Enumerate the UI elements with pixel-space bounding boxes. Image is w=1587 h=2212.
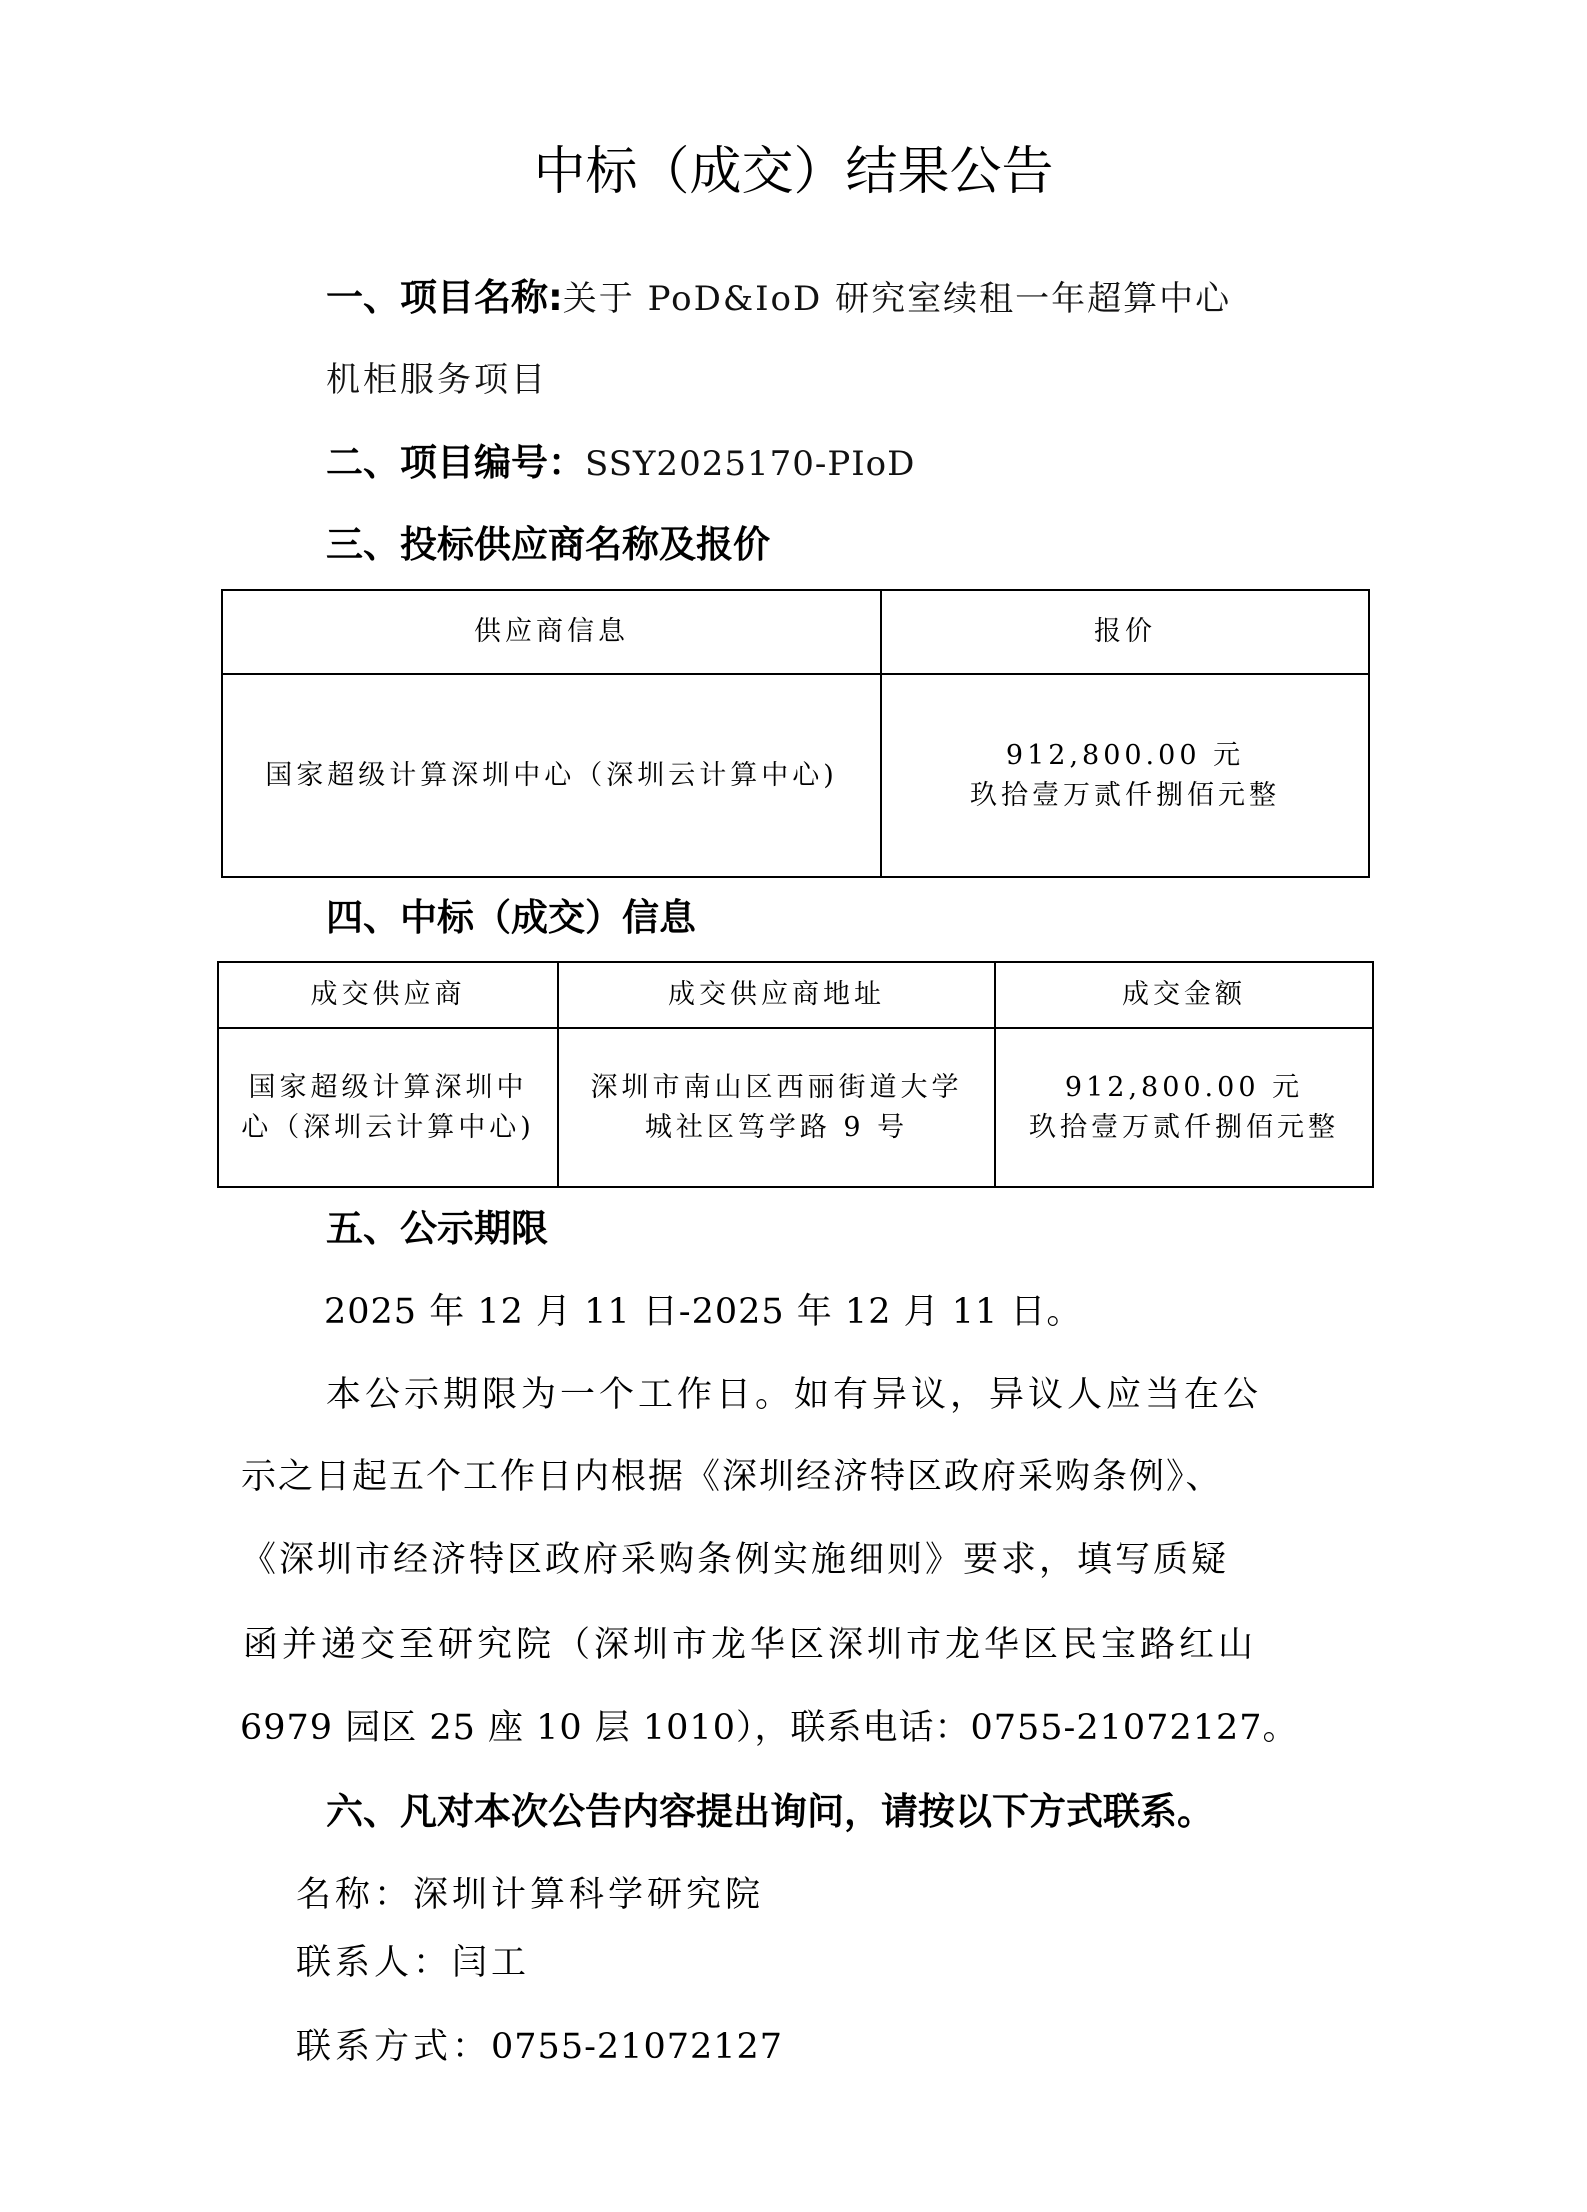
award-address-cell: 深圳市南山区西丽街道大学 城社区笃学路 9 号 [558,1028,995,1187]
page-title: 中标（成交）结果公告 [0,138,1587,206]
contact-phone-value: 0755-21072127 [491,2027,783,2067]
award-address-line2: 城社区笃学路 9 号 [559,1108,994,1148]
section-1-heading: 一、项目名称: [326,276,563,319]
section-4-heading: 四、中标（成交）信息 [326,893,696,943]
bid-table-header-price: 报价 [881,590,1369,674]
bid-table: 供应商信息 报价 国家超级计算深圳中心（深圳云计算中心) 912,800.00 … [221,589,1370,878]
contact-person-value: 闫工 [452,1943,530,1983]
award-amount-words: 玖拾壹万贰仟捌佰元整 [996,1108,1372,1148]
award-table-header-supplier: 成交供应商 [218,962,558,1028]
objection-paragraph-line-3: 《深圳市经济特区政府采购条例实施细则》要求，填写质疑 [241,1535,1229,1585]
award-supplier-line2: 心（深圳云计算中心) [219,1108,557,1148]
contact-name-row: 名称：深圳计算科学研究院 [296,1870,764,1920]
contact-phone-row: 联系方式：0755-21072127 [296,2022,783,2072]
award-table: 成交供应商 成交供应商地址 成交金额 国家超级计算深圳中 心（深圳云计算中心) … [217,961,1374,1188]
award-amount-cell: 912,800.00 元 玖拾壹万贰仟捌佰元整 [995,1028,1373,1187]
section-3-heading: 三、投标供应商名称及报价 [326,520,770,570]
award-amount-numeric: 912,800.00 元 [996,1068,1372,1108]
bid-supplier-cell: 国家超级计算深圳中心（深圳云计算中心) [222,674,881,877]
award-supplier-line1: 国家超级计算深圳中 [219,1068,557,1108]
table-row: 国家超级计算深圳中 心（深圳云计算中心) 深圳市南山区西丽街道大学 城社区笃学路… [218,1028,1373,1187]
award-supplier-cell: 国家超级计算深圳中 心（深圳云计算中心) [218,1028,558,1187]
bid-price-words: 玖拾壹万贰仟捌佰元整 [882,776,1368,816]
award-table-header-amount: 成交金额 [995,962,1373,1028]
contact-name-label: 名称： [296,1875,413,1915]
contact-person-row: 联系人：闫工 [296,1938,530,1988]
award-table-header-address: 成交供应商地址 [558,962,995,1028]
section-2: 二、项目编号：SSY2025170-PIoD [326,438,915,489]
contact-name-value: 深圳计算科学研究院 [413,1875,764,1915]
section-6-heading: 六、凡对本次公告内容提出询问，请按以下方式联系。 [326,1787,1214,1837]
bid-price-numeric: 912,800.00 元 [882,736,1368,776]
bid-table-header-row: 供应商信息 报价 [222,590,1369,674]
bid-table-header-supplier: 供应商信息 [222,590,881,674]
bid-price-cell: 912,800.00 元 玖拾壹万贰仟捌佰元整 [881,674,1369,877]
objection-paragraph-line-4: 函并递交至研究院（深圳市龙华区深圳市龙华区民宝路红山 [243,1620,1257,1670]
award-address-line1: 深圳市南山区西丽街道大学 [559,1068,994,1108]
contact-person-label: 联系人： [296,1943,452,1983]
table-row: 国家超级计算深圳中心（深圳云计算中心) 912,800.00 元 玖拾壹万贰仟捌… [222,674,1369,877]
announcement-period: 2025 年 12 月 11 日-2025 年 12 月 11 日。 [324,1287,1082,1337]
project-name-continuation: 机柜服务项目 [326,355,548,405]
bid-supplier-name: 国家超级计算深圳中心（深圳云计算中心) [265,760,838,791]
contact-phone-label: 联系方式： [296,2027,491,2067]
objection-paragraph-line-2: 示之日起五个工作日内根据《深圳经济特区政府采购条例》、 [241,1452,1223,1502]
section-2-heading: 二、项目编号： [326,441,585,484]
objection-paragraph-line-5: 6979 园区 25 座 10 层 1010），联系电话：0755-210721… [240,1703,1299,1753]
section-1: 一、项目名称:关于 PoD&IoD 研究室续租一年超算中心 [326,273,1231,324]
award-table-header-row: 成交供应商 成交供应商地址 成交金额 [218,962,1373,1028]
section-5-heading: 五、公示期限 [326,1204,548,1254]
project-number-value: SSY2025170-PIoD [585,444,915,484]
objection-paragraph-line-1: 本公示期限为一个工作日。如有异议，异议人应当在公 [326,1370,1262,1420]
project-name-value: 关于 PoD&IoD 研究室续租一年超算中心 [563,279,1231,319]
